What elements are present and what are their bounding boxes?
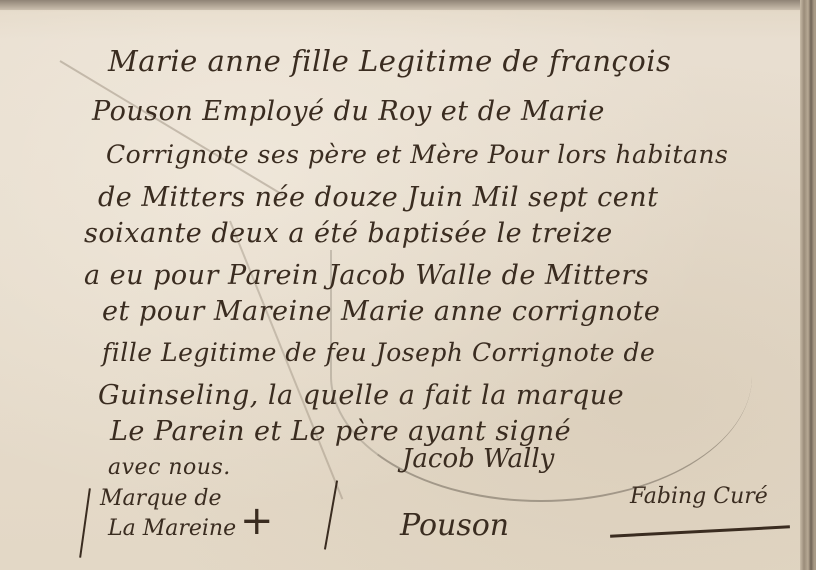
signature-father: Pouson bbox=[400, 508, 509, 543]
mark-label: La Mareine bbox=[108, 516, 236, 541]
signature-godfather: Jacob Wally bbox=[402, 444, 554, 474]
record-line: avec nous. bbox=[108, 455, 231, 480]
manuscript-page: Marie anne fille Legitime de françois Po… bbox=[0, 0, 816, 570]
record-line: Le Parein et Le père ayant signé bbox=[110, 416, 571, 447]
signature-priest: Fabing Curé bbox=[630, 484, 768, 509]
page-top-edge bbox=[0, 0, 816, 10]
record-line: soixante deux a été baptisée le treize bbox=[84, 218, 613, 249]
record-line: Pouson Employé du Roy et de Marie bbox=[92, 96, 605, 127]
record-line: fille Legitime de feu Joseph Corrignote … bbox=[102, 338, 655, 367]
record-line: Corrignote ses père et Mère Pour lors ha… bbox=[106, 140, 728, 169]
bracket bbox=[79, 488, 91, 558]
godmother-mark-cross: + bbox=[240, 498, 274, 544]
signature-underline bbox=[610, 525, 790, 537]
record-line: Guinseling, la quelle a fait la marque bbox=[98, 380, 624, 411]
mark-label: Marque de bbox=[100, 486, 222, 511]
paper-crease bbox=[59, 60, 283, 196]
book-binding bbox=[800, 0, 816, 570]
record-line: de Mitters née douze Juin Mil sept cent bbox=[98, 182, 659, 213]
bracket bbox=[324, 480, 338, 549]
record-line: et pour Mareine Marie anne corrignote bbox=[102, 296, 660, 327]
record-line: a eu pour Parein Jacob Walle de Mitters bbox=[84, 260, 649, 291]
record-line: Marie anne fille Legitime de françois bbox=[108, 44, 671, 78]
